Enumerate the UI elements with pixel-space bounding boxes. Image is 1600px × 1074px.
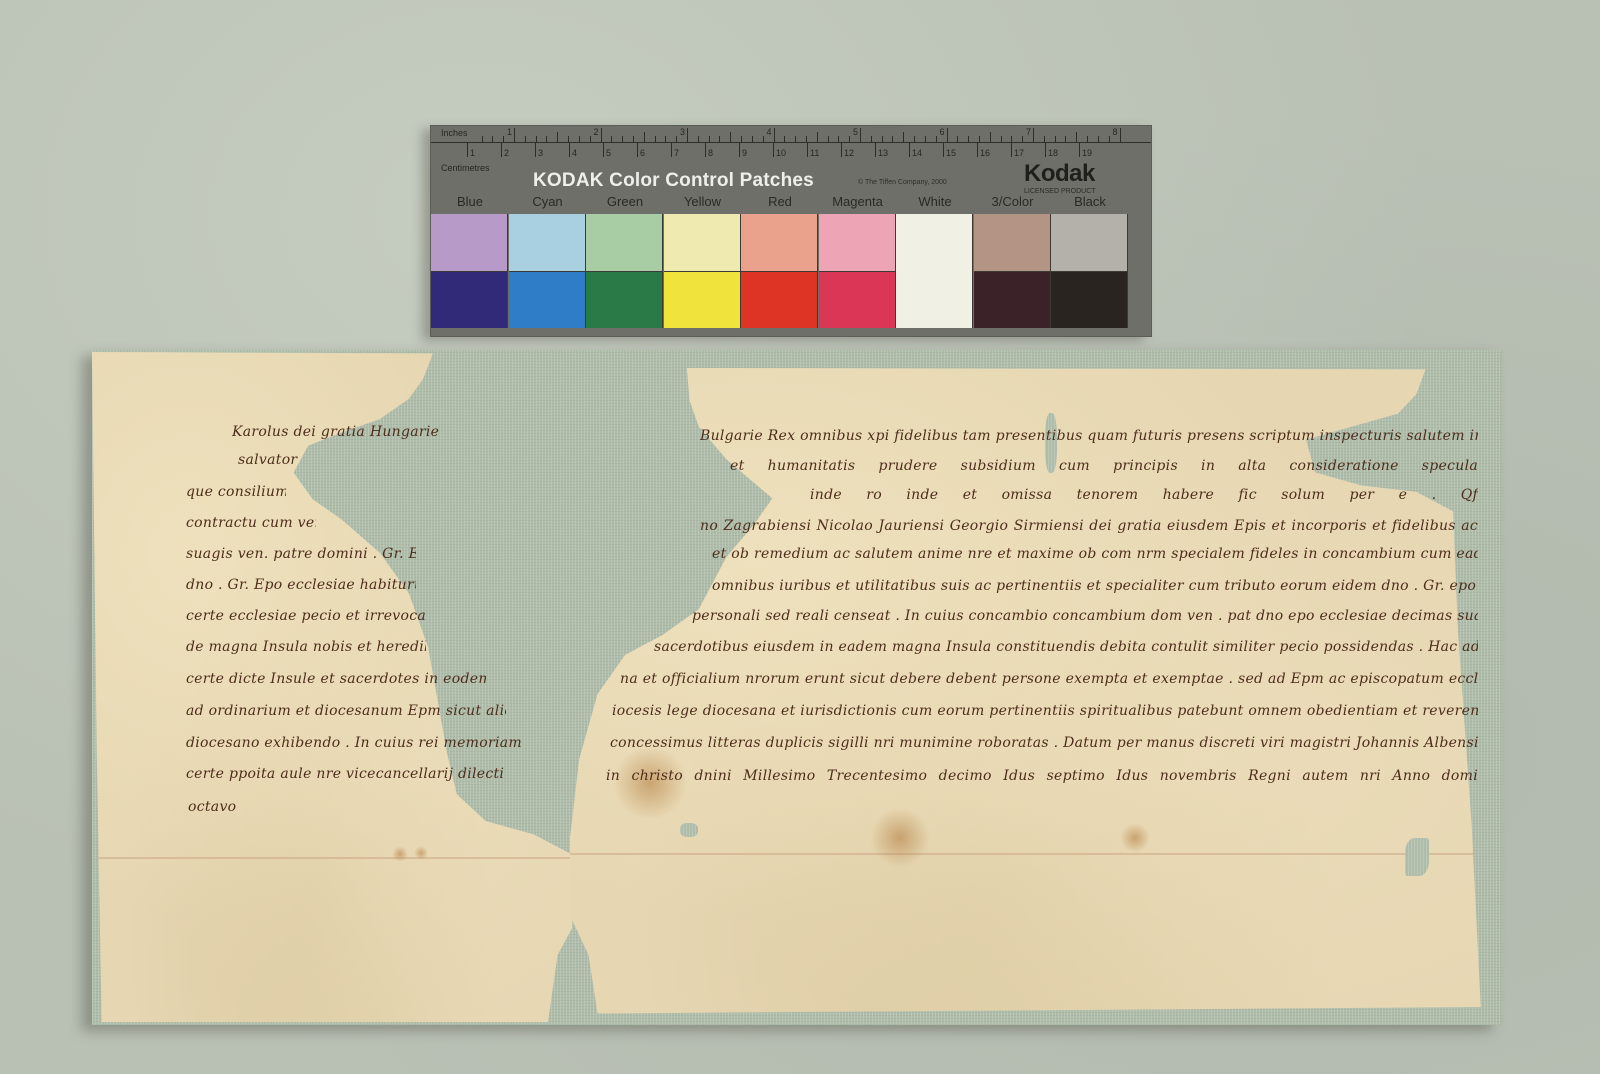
patch-cyan-dark (509, 272, 586, 328)
inch-minor-tick (1065, 136, 1066, 142)
patch-label: 3/Color (974, 194, 1052, 209)
inch-minor-tick (709, 136, 710, 142)
charter-line-right: no Zagrabiensi Nicolao Jauriensi Georgio… (700, 518, 1478, 534)
inch-minor-tick (882, 136, 883, 142)
kodak-logo: Kodak (1024, 160, 1095, 188)
patch-green-light (586, 214, 663, 272)
patch-label: Magenta (819, 194, 897, 209)
inch-tick (601, 128, 602, 142)
charter-line-left: suagis ven. patre domini . Gr. Epi (186, 546, 416, 562)
cm-tick (467, 143, 468, 157)
cm-tick (875, 143, 876, 157)
inch-minor-tick (892, 136, 893, 142)
charter-line-left: certe dicte Insule et sacerdotes in eode… (186, 671, 486, 687)
copyright-text: © The Tiffen Company, 2000 (858, 179, 947, 186)
patch-blue-light (431, 214, 508, 272)
inch-minor-tick (492, 136, 493, 142)
cm-tick (841, 143, 842, 157)
patch-red-dark (741, 272, 818, 328)
inch-minor-tick (752, 136, 753, 142)
charter-line-right: sacerdotibus eiusdem in eadem magna Insu… (654, 639, 1478, 655)
cm-tick-label: 17 (1014, 148, 1024, 158)
patch-yellow-dark (664, 272, 741, 328)
cm-tick (637, 143, 638, 157)
charter-line-right: concessimus litteras duplicis sigilli nr… (610, 735, 1478, 751)
patch-blue-dark (431, 272, 508, 328)
cm-tick (603, 143, 604, 157)
cm-tick-label: 4 (572, 148, 577, 158)
inch-tick (514, 128, 515, 142)
parchment-hole (680, 823, 698, 837)
inch-minor-tick (795, 136, 796, 142)
inch-tick-label: 3 (680, 127, 685, 137)
inch-minor-tick (849, 136, 850, 142)
cm-tick (1079, 143, 1080, 157)
patch-black-light (1051, 214, 1128, 272)
cm-tick (773, 143, 774, 157)
inch-minor-tick (1076, 132, 1077, 142)
inch-minor-tick (1055, 136, 1056, 142)
cm-tick-label: 3 (538, 148, 543, 158)
inch-minor-tick (741, 136, 742, 142)
inch-minor-tick (925, 136, 926, 142)
patch-yellow-light (664, 214, 741, 272)
inch-minor-tick (784, 136, 785, 142)
charter-line-right: iocesis lege diocesana et iurisdictionis… (612, 703, 1478, 719)
charter-line-left: que consilium com (186, 484, 286, 500)
inch-minor-tick (665, 136, 666, 142)
inch-minor-tick (828, 136, 829, 142)
patch-magenta-light (819, 214, 896, 272)
patch-3-color-dark (974, 272, 1051, 328)
cm-tick (569, 143, 570, 157)
inch-minor-tick (568, 136, 569, 142)
inch-minor-tick (806, 136, 807, 142)
patch-label: White (896, 194, 974, 209)
patch-cyan-light (509, 214, 586, 272)
patch-label: Black (1051, 194, 1129, 209)
cm-tick-label: 7 (674, 148, 679, 158)
inch-minor-tick (536, 136, 537, 142)
inch-minor-tick (1011, 136, 1012, 142)
inch-tick (947, 128, 948, 142)
patch-label: Red (741, 194, 819, 209)
cm-tick-label: 2 (504, 148, 509, 158)
charter-line-left: Karolus dei gratia Hungarie (232, 424, 442, 440)
patch-label: Cyan (509, 194, 587, 209)
inch-minor-tick (936, 136, 937, 142)
cm-tick-label: 5 (606, 148, 611, 158)
patch-label: Yellow (664, 194, 742, 209)
inch-minor-tick (655, 136, 656, 142)
cm-tick-label: 16 (980, 148, 990, 158)
inch-tick-label: 5 (853, 127, 858, 137)
inch-minor-tick (914, 136, 915, 142)
inch-minor-tick (1044, 136, 1045, 142)
inch-minor-tick (719, 136, 720, 142)
inch-minor-tick (1109, 136, 1110, 142)
inch-tick-label: 8 (1113, 127, 1118, 137)
inch-minor-tick (482, 136, 483, 142)
kodak-color-target: Inches Centimetres 12345678 123456789101… (430, 125, 1152, 337)
cm-tick-label: 12 (844, 148, 854, 158)
cm-tick (671, 143, 672, 157)
inch-minor-tick (957, 136, 958, 142)
patch-3-color-light (974, 214, 1051, 272)
inch-minor-tick (590, 136, 591, 142)
fold-line (92, 857, 572, 859)
ruler-divider (431, 142, 1151, 143)
inch-tick-label: 6 (940, 127, 945, 137)
inch-minor-tick (1022, 136, 1023, 142)
charter-line-right: et humanitatis prudere subsidium cum pri… (730, 458, 1478, 474)
charter-line-right: in christo dnini Millesimo Trecentesimo … (606, 768, 1478, 784)
charter-line-left: octavo . (188, 799, 238, 815)
charter-line-left: salvatore . (238, 452, 298, 468)
cm-tick-label: 11 (810, 148, 819, 158)
cm-tick-label: 19 (1082, 148, 1092, 158)
charter-line-left: de magna Insula nobis et heredibus a (186, 639, 426, 655)
cm-tick (1045, 143, 1046, 157)
inch-minor-tick (676, 136, 677, 142)
inch-tick (774, 128, 775, 142)
inch-tick (687, 128, 688, 142)
cm-tick (1011, 143, 1012, 157)
cm-tick-label: 10 (776, 148, 786, 158)
cm-tick (977, 143, 978, 157)
charter-line-right: Bulgarie Rex omnibus xpi fidelibus tam p… (700, 428, 1478, 444)
cm-tick-label: 8 (708, 148, 713, 158)
patch-label: Green (586, 194, 664, 209)
charter-line-right: personali sed reali censeat . In cuius c… (692, 608, 1478, 624)
cm-tick (807, 143, 808, 157)
cm-tick (739, 143, 740, 157)
cm-tick (535, 143, 536, 157)
inch-minor-tick (546, 136, 547, 142)
inch-minor-tick (611, 136, 612, 142)
inch-minor-tick (503, 136, 504, 142)
patch-labels: BlueCyanGreenYellowRedMagentaWhite3/Colo… (431, 194, 1151, 212)
cm-tick-label: 14 (912, 148, 922, 158)
cm-tick (909, 143, 910, 157)
stain (392, 846, 408, 862)
inch-tick-label: 1 (507, 127, 512, 137)
charter-line-right: inde ro inde et omissa tenorem habere fi… (810, 487, 1478, 503)
charter-line-left: contractu cum ven. pribus (186, 515, 316, 531)
inch-tick (860, 128, 861, 142)
patch-white-dark (896, 272, 973, 328)
inch-minor-tick (763, 136, 764, 142)
patch-green-dark (586, 272, 663, 328)
charter-line-left: certe ecclesiae pecio et irrevocabili (186, 608, 426, 624)
inch-minor-tick (633, 136, 634, 142)
inch-minor-tick (1087, 136, 1088, 142)
inch-minor-tick (979, 136, 980, 142)
target-title: KODAK Color Control Patches (533, 170, 814, 192)
water-stain (870, 808, 930, 868)
inch-minor-tick (557, 132, 558, 142)
inch-minor-tick (579, 136, 580, 142)
charter-line-right: omnibus iuribus et utilitatibus suis ac … (712, 578, 1478, 594)
charter-line-right: et ob remedium ac salutem anime nre et m… (712, 546, 1478, 562)
cm-tick-label: 15 (946, 148, 956, 158)
cm-tick (501, 143, 502, 157)
inch-minor-tick (968, 136, 969, 142)
inch-tick-label: 7 (1026, 127, 1031, 137)
water-stain (1120, 823, 1150, 853)
inch-tick (1120, 128, 1121, 142)
fold-line (570, 853, 1490, 855)
inch-minor-tick (525, 136, 526, 142)
parchment-hole (1405, 838, 1429, 876)
charter-line-left: ad ordinarium et diocesanum Epm sicut al… (186, 703, 506, 719)
cm-tick-label: 9 (742, 148, 747, 158)
inch-tick (1033, 128, 1034, 142)
color-patches (431, 214, 1151, 334)
cm-tick-label: 1 (470, 148, 475, 158)
charter-line-left: certe ppoita aule nre vicecancellarij di… (186, 766, 536, 782)
charter-line-right: na et officialium nrorum erunt sicut deb… (620, 671, 1478, 687)
cm-tick (943, 143, 944, 157)
patch-white-light (896, 214, 973, 272)
inches-label: Inches (441, 128, 468, 138)
patch-magenta-dark (819, 272, 896, 328)
cm-tick-label: 18 (1048, 148, 1058, 158)
inch-minor-tick (1098, 136, 1099, 142)
inch-minor-tick (622, 136, 623, 142)
inch-minor-tick (817, 132, 818, 142)
patch-black-dark (1051, 272, 1128, 328)
inch-minor-tick (871, 136, 872, 142)
patch-label: Blue (431, 194, 509, 209)
inch-minor-tick (990, 132, 991, 142)
inch-minor-tick (1001, 136, 1002, 142)
inch-minor-tick (838, 136, 839, 142)
cm-tick-label: 13 (878, 148, 888, 158)
charter-line-left: diocesano exhibendo . In cuius rei memor… (186, 735, 526, 751)
inch-minor-tick (730, 132, 731, 142)
inch-tick-label: 2 (594, 127, 599, 137)
inch-tick-label: 4 (767, 127, 772, 137)
centimetres-label: Centimetres (441, 163, 490, 173)
cm-tick-label: 6 (640, 148, 645, 158)
inch-minor-tick (644, 132, 645, 142)
patch-red-light (741, 214, 818, 272)
charter-line-left: dno . Gr. Epo ecclesiae habiturum (186, 577, 416, 593)
stain (414, 846, 428, 860)
inch-minor-tick (698, 136, 699, 142)
cm-tick (705, 143, 706, 157)
inch-minor-tick (903, 132, 904, 142)
